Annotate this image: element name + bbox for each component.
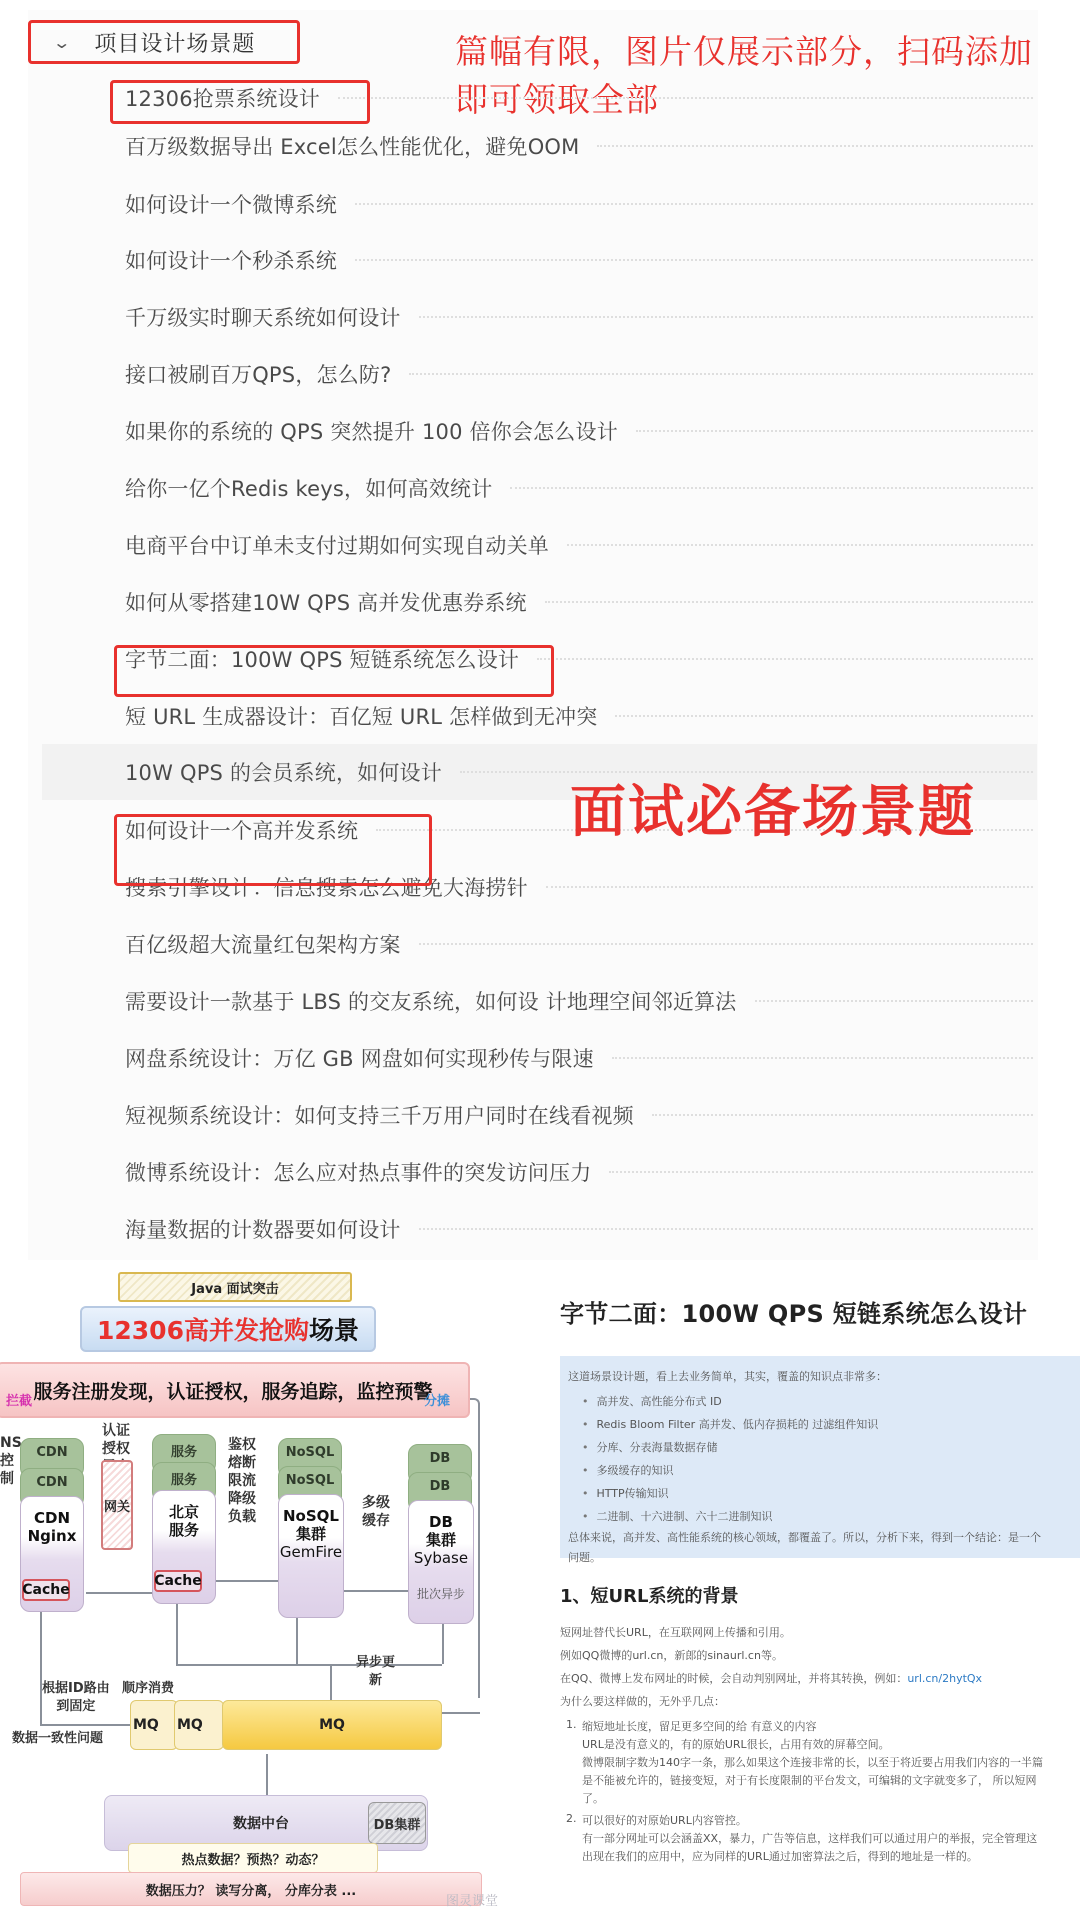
text-line: 新 (356, 1672, 395, 1690)
outline-section-header[interactable]: ⌄ 项目设计场景题 (28, 20, 300, 64)
tag-intercept: 拦截 (6, 1390, 32, 1409)
summary-outro: 总体来说，高并发、高性能系统的核心领域，都覆盖了。所以，分析下来，得到一个结论：… (568, 1528, 1080, 1548)
item-label: 电商平台中订单未支付过期如何实现自动关单 (125, 530, 549, 560)
db-sybase-node: DB 集群 Sybase 批次异步 (408, 1500, 474, 1624)
service-note: 鉴权 熔断 限流 降级 负载 (228, 1436, 256, 1526)
item-label: 如何设计一个秒杀系统 (125, 245, 337, 275)
leader-line (609, 1171, 1033, 1173)
connector-line (296, 1618, 298, 1664)
connector-line (344, 1590, 408, 1592)
summary-intro: 这道场景设计题，看上去业务简单，其实，覆盖的知识点非常多： (568, 1368, 1080, 1386)
text-line: 限流 (228, 1472, 256, 1490)
connector-line (330, 1664, 332, 1700)
list-line: 了。 (582, 1790, 604, 1806)
outline-item[interactable]: 网盘系统设计：万亿 GB 网盘如何实现秒传与限速 (125, 1030, 1037, 1086)
summary-point: HTTP传输知识 (582, 1482, 1080, 1505)
item-label: 如何设计一个微博系统 (125, 189, 337, 219)
paragraph: 为什么要这样做的，无外乎几点： (560, 1693, 725, 1709)
leader-line (567, 544, 1033, 546)
text-line: 到固定 (42, 1698, 110, 1716)
outline-item[interactable]: 百亿级超大流量红包架构方案 (125, 916, 1037, 972)
text-line: 授权 (102, 1440, 130, 1458)
db-cluster: DB集群 (368, 1802, 426, 1844)
article-panel: 字节二面：100W QPS 短链系统怎么设计 这道场景设计题，看上去业务简单，其… (560, 1262, 1080, 1920)
item-label: 千万级实时聊天系统如何设计 (125, 302, 401, 332)
summary-point: 分库、分表海量数据存储 (582, 1436, 1080, 1459)
service-bar: 服务注册发现，认证授权，服务追踪，监控预警 (0, 1362, 470, 1418)
text-line: 异步更 (356, 1654, 395, 1672)
node-label: DB (409, 1513, 473, 1531)
outline-item[interactable]: 如果你的系统的 QPS 突然提升 100 倍你会怎么设计 (125, 403, 1037, 459)
summary-point: Redis Bloom Filter 高并发、低内存损耗的 过滤组件知识 (582, 1413, 1080, 1436)
text-line: 根据ID路由 (42, 1680, 110, 1698)
connector-line (442, 1712, 480, 1714)
node-label: Nginx (21, 1527, 83, 1545)
connector-line (86, 1592, 152, 1594)
outline-item[interactable]: 千万级实时聊天系统如何设计 (125, 289, 1037, 345)
outline-item[interactable]: 搜索引擎设计：信息搜索怎么避免大海捞针 (125, 859, 1037, 915)
mq-node: MQ (130, 1700, 178, 1750)
item-label: 如何从零搭建10W QPS 高并发优惠券系统 (125, 587, 527, 617)
java-badge: Java 面试突击 (118, 1272, 352, 1302)
node-label: NoSQL (279, 1507, 343, 1525)
item-label: 如果你的系统的 QPS 突然提升 100 倍你会怎么设计 (125, 416, 618, 446)
leader-line (338, 97, 1033, 99)
outline-item[interactable]: 百万级数据导出 Excel怎么性能优化，避免OOM (125, 118, 1037, 174)
gateway-node: 网关 (101, 1460, 133, 1550)
leader-line (355, 259, 1033, 261)
leader-line (755, 1000, 1034, 1002)
item-label: 短 URL 生成器设计：百亿短 URL 怎样做到无冲突 (125, 701, 597, 731)
cdn-cache: Cache (22, 1579, 70, 1601)
summary-outro: 问题。 (568, 1548, 1080, 1568)
item-label: 搜索引擎设计：信息搜索怎么避免大海捞针 (125, 872, 528, 902)
paragraph-text: 在QQ、微博上发布网址的时候，会自动判别网址，并将其转换，例如： (560, 1672, 907, 1685)
list-number: 2. (566, 1812, 577, 1825)
item-label: 需要设计一款基于 LBS 的交友系统，如何设 计地理空间邻近算法 (125, 986, 737, 1016)
item-label: 百万级数据导出 Excel怎么性能优化，避免OOM (125, 131, 579, 161)
text-line: NS (0, 1434, 22, 1452)
mq-row: MQ MQ MQ (130, 1700, 442, 1750)
text-line: 多级 (362, 1494, 390, 1512)
watermark: 图灵课堂 (446, 1890, 498, 1909)
leader-line (355, 203, 1033, 205)
article-title: 字节二面：100W QPS 短链系统怎么设计 (560, 1294, 1027, 1329)
async-note: 异步更 新 (356, 1654, 395, 1690)
title-black: 场景 (309, 1311, 359, 1347)
diagram-title: 12306高并发抢购场景 (80, 1306, 376, 1352)
mq-node: MQ (222, 1700, 442, 1750)
mq-node: MQ (174, 1700, 224, 1750)
summary-point: 多级缓存的知识 (582, 1459, 1080, 1482)
cache-note: 多级 缓存 (362, 1494, 390, 1530)
summary-point: 高并发、高性能分布式 ID (582, 1390, 1080, 1413)
outline-item[interactable]: 微博系统设计：怎么应对热点事件的突发访问压力 (125, 1144, 1037, 1200)
leader-line (612, 1057, 1033, 1059)
node-label: 集群 (279, 1525, 343, 1543)
text-line: 降级 (228, 1490, 256, 1508)
list-line: 可以很好的对原始URL内容管控。 (582, 1812, 747, 1828)
paragraph: 例如QQ微博的url.cn，新郎的sinaurl.cn等。 (560, 1647, 783, 1663)
text-line: 熔断 (228, 1454, 256, 1472)
item-label: 给你一亿个Redis keys，如何高效统计 (125, 473, 492, 503)
item-label: 微博系统设计：怎么应对热点事件的突发访问压力 (125, 1157, 591, 1187)
outline-item[interactable]: 如何从零搭建10W QPS 高并发优惠券系统 (125, 574, 1037, 630)
node-label: 北京 (153, 1503, 215, 1521)
chevron-down-icon[interactable]: ⌄ (52, 33, 71, 52)
connector-line (216, 1580, 278, 1582)
connector-line (176, 1604, 178, 1664)
connector-line (40, 1724, 130, 1726)
item-label: 海量数据的计数器要如何设计 (125, 1214, 401, 1244)
summary-list: 高并发、高性能分布式 ID Redis Bloom Filter 高并发、低内存… (582, 1390, 1080, 1528)
outline-item[interactable]: 如何设计一个秒杀系统 (125, 232, 1037, 288)
item-label: 接口被刷百万QPS，怎么防? (125, 359, 391, 389)
list-line: 缩短地址长度，留足更多空间的给 有意义的内容 (582, 1718, 817, 1734)
outline-item[interactable]: 短视频系统设计：如何支持三千万用户同时在线看视频 (125, 1087, 1037, 1143)
node-footer: 批次异步 (409, 1585, 473, 1603)
item-label: 12306抢票系统设计 (125, 83, 320, 113)
connector-line (176, 1664, 330, 1666)
node-label: CDN (21, 1509, 83, 1527)
connector-line (442, 1624, 444, 1664)
leader-line (419, 943, 1033, 945)
paragraph: 短网址替代长URL，在互联网网上传播和引用。 (560, 1624, 791, 1640)
connector-line (266, 1754, 268, 1796)
node-label: 集群 (409, 1531, 473, 1549)
order-note: 顺序消费 (122, 1680, 174, 1698)
summary-point: 二进制、十六进制、六十二进制知识 (582, 1505, 1080, 1528)
leader-line (419, 316, 1033, 318)
list-line: URL是没有意义的，有的原始URL很长，占用有效的屏幕空间。 (582, 1736, 890, 1752)
section-heading: 1、短URL系统的背景 (560, 1582, 738, 1608)
list-number: 1. (566, 1718, 577, 1731)
consistency-note: 数据一致性问题 (12, 1730, 103, 1748)
item-label: 10W QPS 的会员系统，如何设计 (125, 757, 442, 787)
leader-line (545, 601, 1033, 603)
text-line: 认证 (102, 1422, 130, 1440)
outline-item[interactable]: 如何设计一个微博系统 (125, 176, 1037, 232)
leader-line (510, 487, 1033, 489)
leader-line (597, 145, 1033, 147)
item-label: 字节二面：100W QPS 短链系统怎么设计 (125, 644, 519, 674)
nosql-gemfire-node: NoSQL 集群 GemFire (278, 1494, 344, 1618)
item-label: 短视频系统设计：如何支持三千万用户同时在线看视频 (125, 1100, 634, 1130)
outline-item[interactable]: 需要设计一款基于 LBS 的交友系统，如何设 计地理空间邻近算法 (125, 973, 1037, 1029)
item-label: 百亿级超大流量红包架构方案 (125, 929, 401, 959)
text-line: 鉴权 (228, 1436, 256, 1454)
list-line: 有一部分网址可以会涵盖XX，暴力，广告等信息，这样我们可以通过用户的举报，完全管… (582, 1830, 1037, 1846)
text-line: 控 (0, 1452, 22, 1470)
outline-item[interactable]: 给你一亿个Redis keys，如何高效统计 (125, 460, 1037, 516)
text-line: 负载 (228, 1508, 256, 1526)
stamp-text: 面试必备场景题 (570, 768, 976, 848)
tag-distribute: 分摊 (424, 1390, 450, 1409)
route-note: 根据ID路由 到固定 (42, 1680, 110, 1716)
leader-line (652, 1114, 1033, 1116)
example-link[interactable]: url.cn/2hytQx (907, 1672, 982, 1685)
outline-item[interactable]: 接口被刷百万QPS，怎么防? (125, 346, 1037, 402)
item-label: 网盘系统设计：万亿 GB 网盘如何实现秒传与限速 (125, 1043, 594, 1073)
title-red: 12306高并发抢购 (97, 1311, 309, 1347)
item-label: 如何设计一个高并发系统 (125, 815, 358, 845)
node-label: Sybase (409, 1549, 473, 1567)
architecture-diagram: Java 面试突击 12306高并发抢购场景 服务注册发现，认证授权，服务追踪，… (0, 1262, 530, 1920)
leader-line (546, 886, 1033, 888)
hot-data-box: 热点数据？预热？动态？ (128, 1843, 378, 1873)
leader-line (409, 373, 1033, 375)
node-label: 服务 (153, 1521, 215, 1539)
list-line: 出现在我们的应用中，应为同样的URL通过加密算法之后，得到的地址是一样的。 (582, 1848, 978, 1864)
leader-line (419, 1228, 1033, 1230)
summary-box: 这道场景设计题，看上去业务简单，其实，覆盖的知识点非常多： 高并发、高性能分布式… (560, 1356, 1080, 1558)
leader-line (636, 430, 1033, 432)
text-line: 制 (0, 1470, 22, 1488)
pressure-bar: 数据压力？ 读写分离， 分库分表 ... (20, 1872, 482, 1906)
outline-item[interactable]: 电商平台中订单未支付过期如何实现自动关单 (125, 517, 1037, 573)
list-line: 是不能被允许的，链接变短，对于有长度限制的平台发文，可编辑的文字就变多了， 所以… (582, 1772, 1037, 1788)
leader-line (537, 658, 1033, 660)
node-label: GemFire (279, 1543, 343, 1561)
left-cut-text: NS 控 制 (0, 1434, 22, 1488)
section-title: 项目设计场景题 (94, 27, 255, 58)
paragraph: 在QQ、微博上发布网址的时候，会自动判别网址，并将其转换，例如：url.cn/2… (560, 1670, 982, 1686)
leader-line (615, 715, 1033, 717)
list-line: 微博限制字数为140字一条，那么如果这个连接非常的长，以至于将近要占用我们内容的… (582, 1754, 1043, 1770)
outline-item[interactable]: 字节二面：100W QPS 短链系统怎么设计 (125, 631, 1037, 687)
outline-item[interactable]: 短 URL 生成器设计：百亿短 URL 怎样做到无冲突 (125, 688, 1037, 744)
service-cache: Cache (154, 1570, 202, 1592)
text-line: 缓存 (362, 1512, 390, 1530)
outline-item[interactable]: 海量数据的计数器要如何设计 (125, 1201, 1037, 1257)
